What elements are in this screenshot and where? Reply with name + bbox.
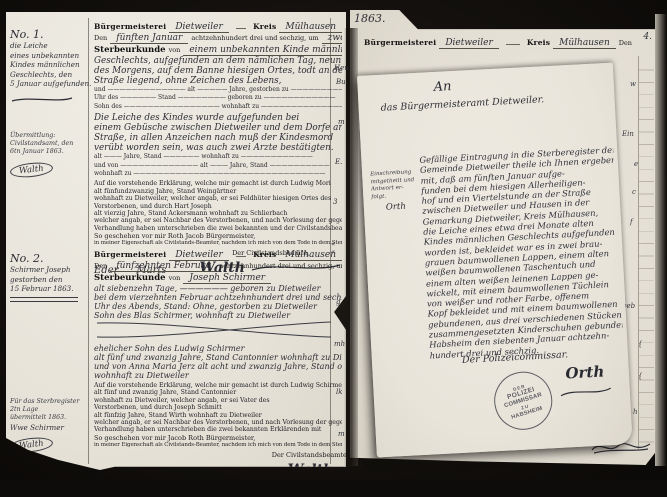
closing-line: So geschehen vor mir Jacob Roth Bürgerme…: [94, 434, 342, 442]
handwriting-fragment: E.: [335, 158, 342, 166]
handwriting-fragment: h: [633, 408, 638, 416]
annotation-line: Civilstandsamt, den: [10, 140, 86, 148]
blank-section-flourish: [94, 320, 334, 340]
declaration-line: wohnhaft zu Dietweiler, welcher angab, e…: [94, 195, 342, 202]
signature-flourish: [559, 386, 613, 398]
form-label-line: Uhr des —————— Stand ———————— geboren zu…: [94, 94, 342, 102]
margin-note-record2: No. 2. Schirmer Josephgestorben den15 Fe…: [10, 252, 86, 302]
handwriting-fragment: g: [336, 298, 340, 306]
parent-line: ehelicher Sohn des Ludwig Schirmer: [94, 344, 342, 353]
sliver-fragments: HeuBumE.3««gmhlkm: [330, 40, 356, 468]
declaration-block: Auf die vorstehende Erklärung, welche mi…: [94, 382, 342, 434]
oval-signature: Walth: [9, 436, 53, 454]
fill-line: [236, 248, 246, 257]
letter-address: das Bürgermeisteramt Dietweiler.: [380, 94, 544, 114]
double-rule: [10, 297, 78, 302]
bgm-label: Bürgermeisterei: [94, 250, 166, 259]
record-number: No. 1.: [10, 28, 86, 41]
cert-title-line: Sterbeurkunde von einem unbekannten Kind…: [94, 45, 342, 56]
declaration-line: welcher angab, er sei Nachbar des Versto…: [94, 217, 342, 224]
form-label-line: Sohn des ———————————————— wohnhaft zu ——…: [94, 103, 342, 111]
handwriting-fragment: f: [630, 218, 633, 226]
declaration-line: Auf die vorstehende Erklärung, welche mi…: [94, 180, 342, 187]
cert-label: Sterbeurkunde: [94, 273, 166, 283]
form-label-line: wohnhaft zu ————————————————————————————…: [94, 170, 342, 178]
annotation-line: Übermittlung:: [10, 132, 86, 140]
year-note: 1863.: [354, 12, 386, 25]
cert-von: von: [169, 274, 181, 282]
form-label-line: und von ————————————— alt ——— Jahre, Sta…: [94, 162, 342, 170]
handwriting-fragment: Bu: [336, 78, 346, 86]
record-header: Bürgermeisterei Dietweiler Kreis Mülhaus…: [364, 36, 632, 49]
entry-block: alt siebenzehn Tage, —————— geboren zu D…: [94, 284, 342, 320]
declaration-line: Auf die vorstehende Erklärung, welche mi…: [94, 382, 342, 389]
margin-note-line: gestorben den: [10, 275, 86, 285]
declaration-line: wohnhaft zu Dietweiler, welcher angab, e…: [94, 397, 342, 404]
bgm-value: Dietweiler: [169, 22, 228, 33]
declaration-line: alt fünfundzwanzig Jahre, Stand Weingärt…: [94, 188, 342, 195]
annotation-line: Für das Sterbregister: [10, 398, 86, 406]
handwriting-fragment: c: [632, 188, 636, 196]
underline-flourish: [10, 95, 74, 104]
form-label-block: und ————————————— alt ————— Jahre, gesto…: [94, 86, 342, 111]
entry-line: alt siebenzehn Tage, —————— geboren zu D…: [94, 284, 342, 293]
margin-note-line: die Leiche: [10, 41, 86, 51]
date-value: fünfzehnten Februar: [110, 261, 216, 272]
handwritten-line: des Morgens, auf dem Banne hiesigen Orte…: [94, 66, 342, 76]
form-label-line: alt ——— Jahre, Stand —————— wohnhaft zu …: [94, 153, 342, 161]
microfilm-scan: No. 1. die Leicheeines unbekanntenKindes…: [0, 0, 667, 480]
handwritten-line: Straße liegend, ohne Zeichen des Lebens,: [94, 76, 342, 86]
handwriting-fragment: Heu: [334, 64, 349, 72]
margin-note-line: 5 Januar aufgefunden.: [10, 79, 86, 89]
parent-line: und von Anna Maria Jerz alt acht und zwa…: [94, 362, 342, 371]
parents-block: ehelicher Sohn des Ludwig Schirmeralt fü…: [94, 344, 342, 380]
record-1: Bürgermeisterei Dietweiler Kreis Mülhaus…: [94, 20, 342, 276]
register-page: No. 1. die Leicheeines unbekanntenKindes…: [6, 12, 346, 470]
handwriting-fragment: {: [638, 340, 642, 348]
handwriting-fragment: lk: [336, 388, 342, 396]
handwriting-fragment: «: [331, 248, 335, 256]
closing-line: in meiner Eigenschaft als Civilstands-Be…: [94, 240, 342, 246]
kreis-label: Kreis: [527, 38, 550, 47]
ruled-lines: [639, 58, 654, 445]
cert-value: Joseph Schirmer: [183, 273, 271, 284]
declaration-line: alt fünfzig Jahre, Stand Wirth wohnhaft …: [94, 412, 342, 419]
annotation-lines: Für das Sterbregister2tn Lageübermittelt…: [10, 398, 86, 423]
record-header: Bürgermeisterei Dietweiler Kreis Mülhaus…: [94, 248, 342, 261]
handwriting-fragment: {: [638, 372, 642, 380]
margin-annotation-bottom: Für das Sterbregister2tn Lageübermittelt…: [10, 398, 86, 452]
signature-row: Schirmer Leger Schmitt Der Civilstandsbe…: [94, 451, 342, 480]
handwritten-block: Geschlechts, aufgefunden an dem nämliche…: [94, 56, 342, 86]
letter-address-an: An: [433, 79, 452, 95]
kreis-label: Kreis: [253, 250, 276, 259]
handwriting-fragment: m: [338, 118, 345, 126]
handwritten-line: Die Leiche des Kindes wurde aufgefunden …: [94, 113, 342, 123]
bgm-label: Bürgermeisterei: [364, 38, 436, 47]
margin-note-record1: No. 1. die Leicheeines unbekanntenKindes…: [10, 28, 86, 108]
annotation-line: übermittelt 1863.: [10, 414, 86, 422]
declaration-line: welcher angab, er sei Nachbar des Versto…: [94, 419, 342, 426]
record-header: Bürgermeisterei Dietweiler Kreis Mülhaus…: [94, 20, 342, 33]
margin-note-lines: Schirmer Josephgestorben den15 Februar 1…: [10, 265, 86, 294]
handwriting-fragment: w: [630, 80, 636, 88]
margin-note-line: Kindes männlichen: [10, 60, 86, 70]
cert-value: einem unbekannten Kinde männlichen: [183, 45, 342, 56]
bgm-value: Dietweiler: [169, 250, 228, 261]
handwriting-fragment: 3: [333, 198, 337, 206]
handwriting-fragment: «: [331, 240, 335, 248]
parent-line: wohnhaft zu Dietweiler: [94, 371, 342, 380]
margin-signature: Orth: [386, 201, 420, 213]
declaration-line: Verstorbenen, und durch Joseph Schmitt: [94, 404, 342, 411]
date-print: achtzehnhundert drei und sechzig, um: [219, 262, 342, 270]
margin-note-lines: Einschreibungmitgetheilt undAntwort er-f…: [370, 169, 420, 202]
cert-title-line: Sterbeurkunde von Joseph Schirmer: [94, 273, 342, 284]
kreis-value: Mülhausen: [553, 38, 616, 49]
declaration-line: Verhandlung haben unterschrieben die zwe…: [94, 426, 342, 433]
declaration-line: Verstorbenen, und durch Hart Joseph: [94, 203, 342, 210]
kreis-value: Mülhausen: [279, 22, 342, 33]
entry-line: Sohn des Blas Schirmer, wohnhaft zu Diet…: [94, 311, 342, 320]
margin-annotation-record1: Übermittlung:Civilstandsamt, den6tn Janu…: [10, 132, 86, 177]
declaration-line: Verhandlung haben unterschrieben die zwe…: [94, 225, 342, 232]
fill-line: [506, 36, 520, 45]
cert-label: Sterbeurkunde: [94, 45, 166, 55]
record-2: Bürgermeisterei Dietweiler Kreis Mülhaus…: [94, 248, 342, 480]
handwriting-fragment: Ein: [622, 130, 634, 138]
fill-line: [236, 20, 246, 29]
form-label-line: und ————————————— alt ————— Jahre, gesto…: [94, 86, 342, 94]
bgm-value: Dietweiler: [439, 38, 498, 49]
handwriting-fragment: e: [634, 160, 638, 168]
signature-orth-block: Orth: [540, 360, 630, 403]
handwritten-line: verübt worden sein, was auch zwei Ärzte …: [94, 143, 342, 153]
kreis-label: Kreis: [253, 22, 276, 31]
declaration-block: Auf die vorstehende Erklärung, welche mi…: [94, 180, 342, 232]
declaration-line: alt vierzig Jahre, Stand Ackersmann wohn…: [94, 210, 342, 217]
margin-note-lines: die Leicheeines unbekanntenKindes männli…: [10, 41, 86, 89]
page-fore-edge: [655, 14, 666, 466]
margin-note-line: Schirmer Joseph: [10, 265, 86, 275]
den-label: Den: [94, 34, 107, 42]
annotation-name: Wwe Schirmer: [10, 423, 86, 433]
date-line: Den fünften Januar achtzehnhundert drei …: [94, 33, 342, 44]
margin-note-line: eines unbekannten: [10, 51, 86, 61]
den-label: Den: [619, 39, 632, 47]
record-number: No. 2.: [10, 252, 86, 265]
margin-note-line: 15 Februar 1863.: [10, 284, 86, 294]
signature-orth: Orth: [565, 362, 605, 382]
closing-line: So geschehen vor mir Roth Jacob Bürgerme…: [94, 232, 342, 240]
annotation-line: 6tn Januar 1863.: [10, 148, 86, 156]
date-print: achtzehnhundert drei und sechzig, um: [191, 34, 318, 42]
oval-signature: Walth: [9, 160, 53, 178]
official-signature: Walth: [288, 462, 334, 478]
handwritten-line: Geschlechts, aufgefunden an dem nämliche…: [94, 56, 342, 66]
bgm-label: Bürgermeisterei: [94, 22, 166, 31]
letter-page: An das Bürgermeisteramt Dietweiler. Eins…: [357, 63, 633, 458]
den-label: Den: [94, 262, 107, 270]
handwritten-line: einem Gebüsche zwischen Dietweiler und d…: [94, 123, 342, 133]
cert-von: von: [169, 46, 181, 54]
annotation-lines: Übermittlung:Civilstandsamt, den6tn Janu…: [10, 132, 86, 157]
letter-body: Gefällige Eintragung in die Sterberegist…: [419, 145, 624, 361]
date-value: fünften Januar: [110, 33, 188, 44]
declaration-line: alt fünf und zwanzig Jahre, Stand Canton…: [94, 389, 342, 396]
letter-margin-note: Einschreibungmitgetheilt undAntwort er-f…: [370, 169, 420, 214]
parent-line: alt fünf und zwanzig Jahre, Stand Canton…: [94, 353, 342, 362]
page-number: 4.: [643, 32, 652, 42]
annotation-line: 2tn Lage: [10, 406, 86, 414]
entry-line: Uhr des Abends, Stand: Ohne, gestorben z…: [94, 302, 342, 311]
handwritten-line: Straße, in allen Anzeichen nach muß der …: [94, 133, 342, 143]
handwriting-fragment: mh: [334, 340, 345, 348]
entry-line: bei dem vierzehnten Februar achtzehnhund…: [94, 293, 342, 302]
margin-note-line: Geschlechts, den: [10, 70, 86, 80]
handwritten-block: Die Leiche des Kindes wurde aufgefunden …: [94, 113, 342, 153]
margin-note-line: folgt.: [371, 192, 419, 202]
date-line: Den fünfzehnten Februar achtzehnhundert …: [94, 261, 342, 272]
form-label-block: alt ——— Jahre, Stand —————— wohnhaft zu …: [94, 153, 342, 178]
handwriting-fragment: m: [338, 430, 345, 438]
closing-line: in meiner Eigenschaft als Civilstands-Be…: [94, 442, 342, 448]
